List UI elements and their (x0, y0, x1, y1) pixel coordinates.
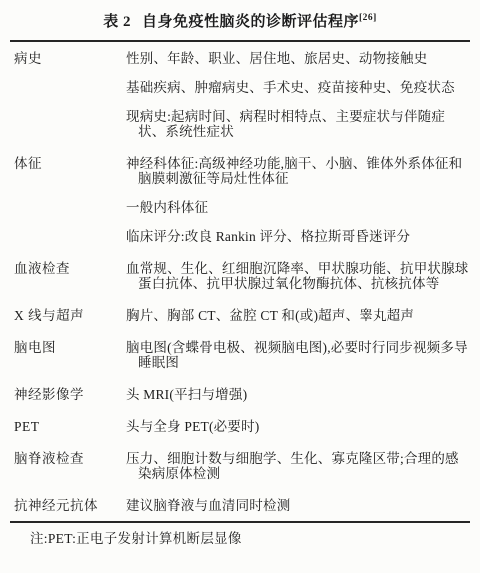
row-category: 病史 (14, 51, 126, 139)
table-title: 表 2自身免疫性脑炎的诊断评估程序[26] (8, 12, 472, 32)
footnote: 注:PET:正电子发射计算机断层显像 (30, 531, 472, 547)
row-items: 胸片、胸部 CT、盆腔 CT 和(或)超声、睾丸超声 (126, 308, 472, 323)
row-items: 性别、年龄、职业、居住地、旅居史、动物接触史基础疾病、肿瘤病史、手术史、疫苗接种… (126, 51, 472, 139)
row-item-text: 压力、细胞计数与细胞学、生化、寡克隆区带;合理的感染病原体检测 (126, 451, 472, 481)
table-body: 病史性别、年龄、职业、居住地、旅居史、动物接触史基础疾病、肿瘤病史、手术史、疫苗… (8, 42, 472, 513)
table-row: X 线与超声胸片、胸部 CT、盆腔 CT 和(或)超声、睾丸超声 (14, 308, 472, 323)
table-row: 脑脊液检查压力、细胞计数与细胞学、生化、寡克隆区带;合理的感染病原体检测 (14, 451, 472, 481)
table-row: 血液检查血常规、生化、红细胞沉降率、甲状腺功能、抗甲状腺球蛋白抗体、抗甲状腺过氧… (14, 261, 472, 291)
table-row: 体征神经科体征:高级神经功能,脑干、小脑、锥体外系体征和脑膜刺激征等局灶性体征一… (14, 156, 472, 244)
table-row: PET头与全身 PET(必要时) (14, 419, 472, 434)
row-items: 建议脑脊液与血清同时检测 (126, 498, 472, 513)
row-item-text: 胸片、胸部 CT、盆腔 CT 和(或)超声、睾丸超声 (126, 308, 472, 323)
row-category: 脑电图 (14, 340, 126, 370)
row-item-text: 头 MRI(平扫与增强) (126, 387, 472, 402)
row-category: 脑脊液检查 (14, 451, 126, 481)
row-category: X 线与超声 (14, 308, 126, 323)
row-category: 抗神经元抗体 (14, 498, 126, 513)
row-items: 血常规、生化、红细胞沉降率、甲状腺功能、抗甲状腺球蛋白抗体、抗甲状腺过氧化物酶抗… (126, 261, 472, 291)
table-row: 脑电图脑电图(含蝶骨电极、视频脑电图),必要时行同步视频多导睡眠图 (14, 340, 472, 370)
table-title-text: 自身免疫性脑炎的诊断评估程序 (142, 14, 359, 30)
row-category: 血液检查 (14, 261, 126, 291)
table-row: 病史性别、年龄、职业、居住地、旅居史、动物接触史基础疾病、肿瘤病史、手术史、疫苗… (14, 51, 472, 139)
row-item-text: 建议脑脊液与血清同时检测 (126, 498, 472, 513)
row-item-text: 临床评分:改良 Rankin 评分、格拉斯哥昏迷评分 (126, 229, 472, 244)
row-item-text: 血常规、生化、红细胞沉降率、甲状腺功能、抗甲状腺球蛋白抗体、抗甲状腺过氧化物酶抗… (126, 261, 472, 291)
bottom-rule (10, 521, 470, 523)
row-items: 头与全身 PET(必要时) (126, 419, 472, 434)
row-items: 头 MRI(平扫与增强) (126, 387, 472, 402)
citation-ref: [26] (359, 13, 377, 23)
row-items: 脑电图(含蝶骨电极、视频脑电图),必要时行同步视频多导睡眠图 (126, 340, 472, 370)
row-category: PET (14, 419, 126, 434)
row-item-text: 脑电图(含蝶骨电极、视频脑电图),必要时行同步视频多导睡眠图 (126, 340, 472, 370)
row-items: 压力、细胞计数与细胞学、生化、寡克隆区带;合理的感染病原体检测 (126, 451, 472, 481)
row-items: 神经科体征:高级神经功能,脑干、小脑、锥体外系体征和脑膜刺激征等局灶性体征一般内… (126, 156, 472, 244)
table-row: 神经影像学头 MRI(平扫与增强) (14, 387, 472, 402)
row-item-text: 性别、年龄、职业、居住地、旅居史、动物接触史 (126, 51, 472, 66)
row-item-text: 现病史:起病时间、病程时相特点、主要症状与伴随症状、系统性症状 (126, 109, 472, 139)
table-number-label: 表 2 (103, 14, 131, 30)
row-category: 神经影像学 (14, 387, 126, 402)
row-item-text: 神经科体征:高级神经功能,脑干、小脑、锥体外系体征和脑膜刺激征等局灶性体征 (126, 156, 472, 186)
row-item-text: 基础疾病、肿瘤病史、手术史、疫苗接种史、免疫状态 (126, 80, 472, 95)
row-category: 体征 (14, 156, 126, 244)
document-page: 表 2自身免疫性脑炎的诊断评估程序[26] 病史性别、年龄、职业、居住地、旅居史… (0, 0, 480, 573)
row-item-text: 头与全身 PET(必要时) (126, 419, 472, 434)
table-row: 抗神经元抗体建议脑脊液与血清同时检测 (14, 498, 472, 513)
row-item-text: 一般内科体征 (126, 200, 472, 215)
